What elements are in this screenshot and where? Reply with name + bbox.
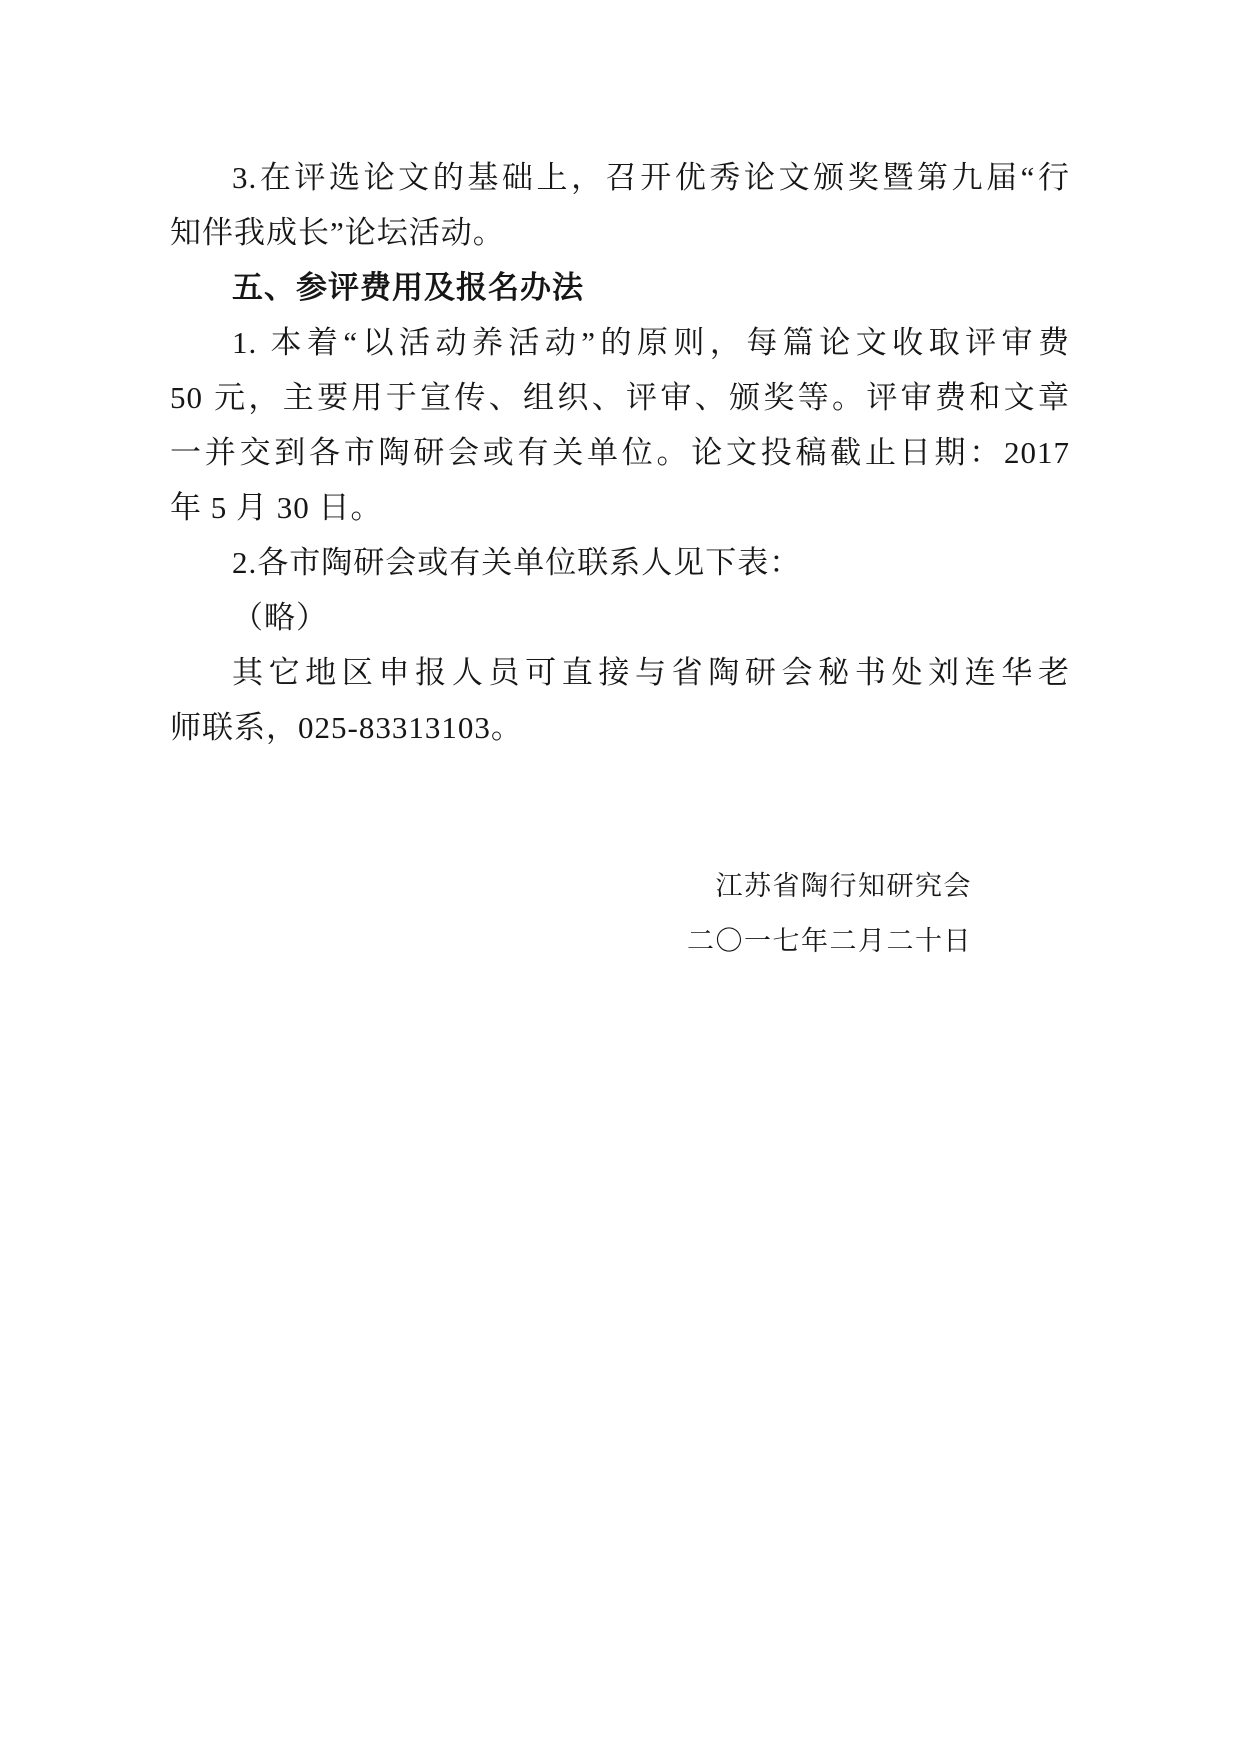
text-line: 年 5 月 30 日。 xyxy=(170,480,1070,535)
text-line: 一并交到各市陶研会或有关单位。论文投稿截止日期：2017 xyxy=(170,425,1070,480)
text-line-omitted-table: （略） xyxy=(170,590,1070,645)
text-line: 知伴我成长”论坛活动。 xyxy=(170,205,1070,260)
text-line: 其它地区申报人员可直接与省陶研会秘书处刘连华老 xyxy=(170,645,1070,700)
document-body: 3.在评选论文的基础上，召开优秀论文颁奖暨第九届“行 知伴我成长”论坛活动。 五… xyxy=(0,0,1240,969)
text-line: 1. 本着“以活动养活动”的原则，每篇论文收取评审费 xyxy=(170,315,1070,370)
text-line-contact: 师联系，025-83313103。 xyxy=(170,700,1070,755)
blank-space xyxy=(170,755,1070,859)
text-line: 50 元，主要用于宣传、组织、评审、颁奖等。评审费和文章 xyxy=(170,370,1070,425)
signature-org: 江苏省陶行知研究会 xyxy=(170,859,1070,914)
signature-date: 二〇一七年二月二十日 xyxy=(170,914,1070,969)
text-line: 2.各市陶研会或有关单位联系人见下表： xyxy=(170,535,1070,590)
document-page: 3.在评选论文的基础上，召开优秀论文颁奖暨第九届“行 知伴我成长”论坛活动。 五… xyxy=(0,0,1240,1754)
text-line: 3.在评选论文的基础上，召开优秀论文颁奖暨第九届“行 xyxy=(170,150,1070,205)
section-heading: 五、参评费用及报名办法 xyxy=(170,260,1070,315)
